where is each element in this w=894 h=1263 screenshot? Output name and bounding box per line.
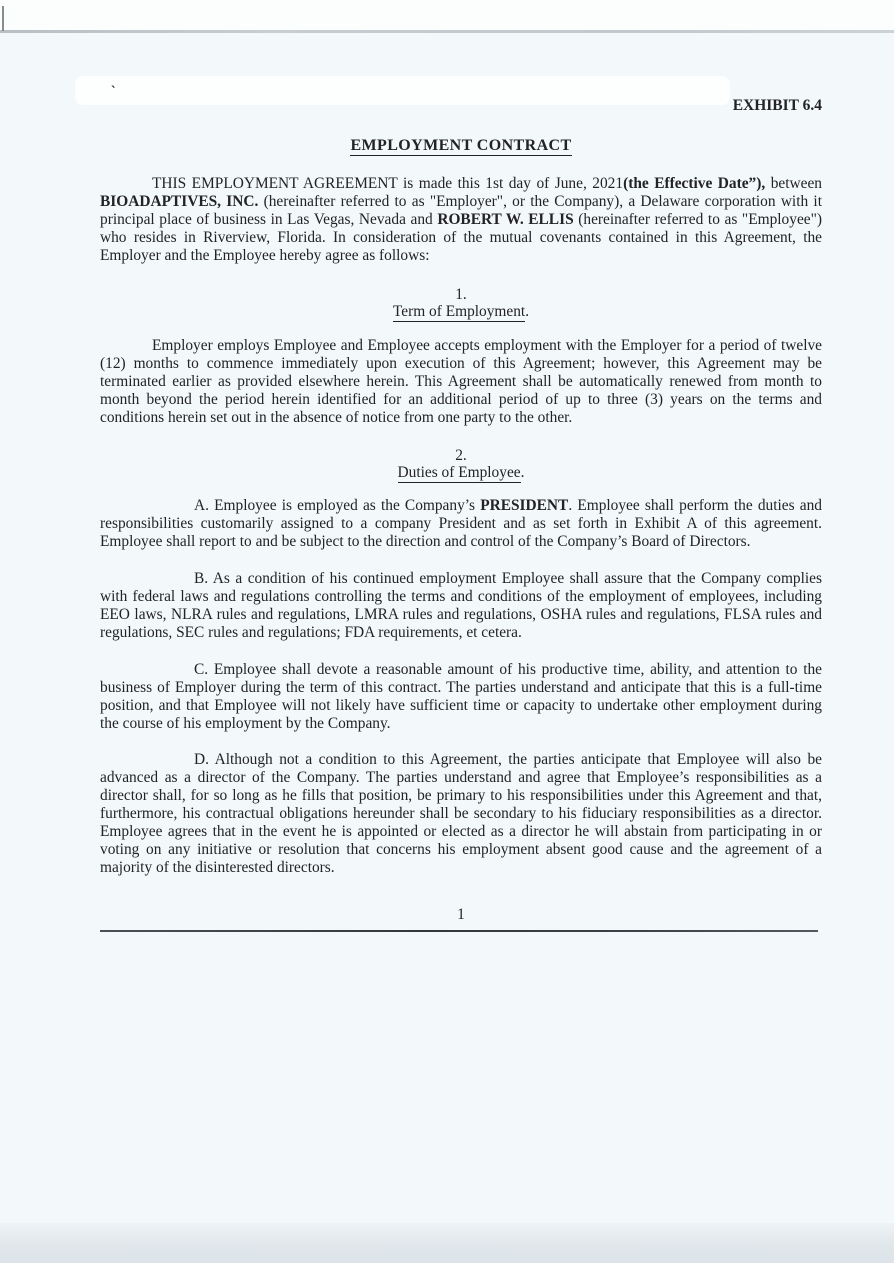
paragraph-a-segment: A. Employee is employed as the Company’s	[194, 497, 480, 514]
scan-bottom-edge	[0, 1223, 894, 1263]
intro-segment: THIS EMPLOYMENT AGREEMENT is made this 1…	[152, 175, 623, 192]
page-number: 1	[100, 906, 822, 924]
section-1-number: 1.	[100, 286, 822, 304]
intro-segment-employee-name: ROBERT W. ELLIS	[437, 211, 573, 228]
section-2-number: 2.	[100, 447, 822, 465]
intro-paragraph: THIS EMPLOYMENT AGREEMENT is made this 1…	[100, 175, 822, 265]
intro-segment: between	[771, 175, 822, 192]
scanned-contract-page: ` EXHIBIT 6.4 EMPLOYMENT CONTRACT THIS E…	[0, 0, 894, 1263]
paragraph-a-title-president: PRESIDENT	[480, 497, 568, 514]
paragraph-d: D. Although not a condition to this Agre…	[100, 751, 822, 877]
section-1-paragraph: Employer employs Employee and Employee a…	[100, 337, 822, 427]
section-1-heading-period: .	[525, 303, 529, 320]
paragraph-b: B. As a condition of his continued emplo…	[100, 570, 822, 642]
section-1-heading-text: Term of Employment	[393, 303, 525, 322]
intro-segment-effective-date: (the Effective Date”),	[623, 175, 771, 192]
section-2-heading-period: .	[521, 464, 525, 481]
footer-rule	[100, 930, 818, 932]
section-2-heading: Duties of Employee.	[100, 464, 822, 482]
section-2-heading-text: Duties of Employee	[398, 464, 521, 483]
paragraph-c: C. Employee shall devote a reasonable am…	[100, 661, 822, 733]
scan-left-edge-mark	[2, 6, 4, 31]
exhibit-label: EXHIBIT 6.4	[100, 97, 822, 115]
document-title-text: EMPLOYMENT CONTRACT	[350, 137, 571, 156]
paragraph-a: A. Employee is employed as the Company’s…	[100, 497, 822, 551]
scan-page-edge-line	[0, 30, 894, 33]
document-title: EMPLOYMENT CONTRACT	[100, 136, 822, 155]
section-1-heading: Term of Employment.	[100, 303, 822, 321]
scan-top-margin	[0, 0, 894, 30]
intro-segment-employer-name: BIOADAPTIVES, INC.	[100, 193, 258, 210]
